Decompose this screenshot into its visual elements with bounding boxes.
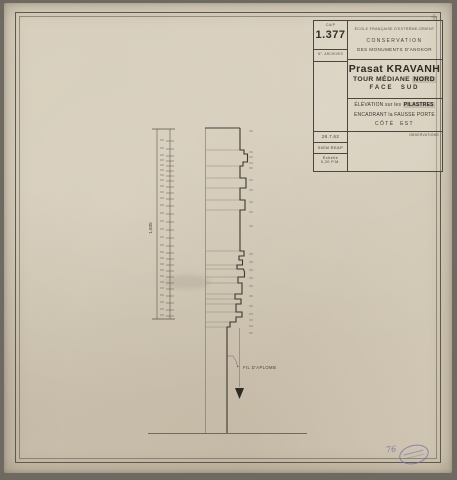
date-cell: 28.7.62 — [314, 134, 347, 139]
elevation-profile — [205, 128, 253, 433]
org-line-2: DES MONUMENTS D'ANGKOR — [348, 47, 441, 52]
subject-prefix: ÉLÉVATION sur les — [354, 102, 402, 108]
masonry-joint-lines — [206, 150, 240, 327]
dimension-chain — [152, 129, 175, 319]
location-line: TOUR MÉDIANE NORD — [348, 76, 441, 83]
place-cell: SIEM REAP — [314, 145, 347, 150]
plumb-line — [228, 328, 245, 399]
stamp-number: 76 — [385, 444, 396, 454]
subject-highlight: PILASTRES — [403, 102, 435, 108]
plumb-label: FIL D'APLOMB — [243, 365, 276, 370]
stamp-squiggle — [404, 450, 425, 460]
elevation-profile-path — [227, 128, 248, 433]
archive-number: 1.377 — [314, 29, 347, 41]
scale-cell: Échelle 0,20 P.M. — [314, 156, 347, 164]
dimension-figures — [160, 140, 164, 315]
institution-name: ÉCOLE FRANÇAISE D'EXTRÊME-ORIENT — [348, 27, 441, 31]
scale-value: 0,20 P.M. — [314, 160, 347, 164]
plumb-leader — [228, 356, 238, 366]
monument-title: Prasat KRAVANH — [348, 63, 441, 75]
subject-line-1: ÉLÉVATION sur les PILASTRES — [348, 102, 441, 108]
offset-figures — [249, 131, 253, 333]
side-line: CÔTÉ EST — [348, 121, 441, 127]
scanned-drawing-sheet: 1,835 FIL D'APLOMB CA/P 1.377 — [0, 0, 457, 480]
title-block: CA/P 1.377 N°. ARCHIVES ÉCOLE FRANÇAISE … — [313, 20, 443, 172]
org-line-1: CONSERVATION — [348, 38, 441, 44]
location-prefix: TOUR MÉDIANE — [353, 76, 412, 83]
total-dimension-label: 1,835 — [148, 222, 153, 234]
face-line: FACE SUD — [348, 85, 441, 91]
observations-label: OBSERVATIONS — [409, 133, 439, 137]
plumb-bob-icon — [235, 388, 244, 399]
subject-line-2: ENCADRANT la FAUSSE PORTE — [348, 112, 441, 118]
series-label: CA/P — [314, 23, 347, 27]
archive-note: N°. ARCHIVES — [314, 52, 347, 56]
location-highlight: NORD — [412, 76, 436, 83]
